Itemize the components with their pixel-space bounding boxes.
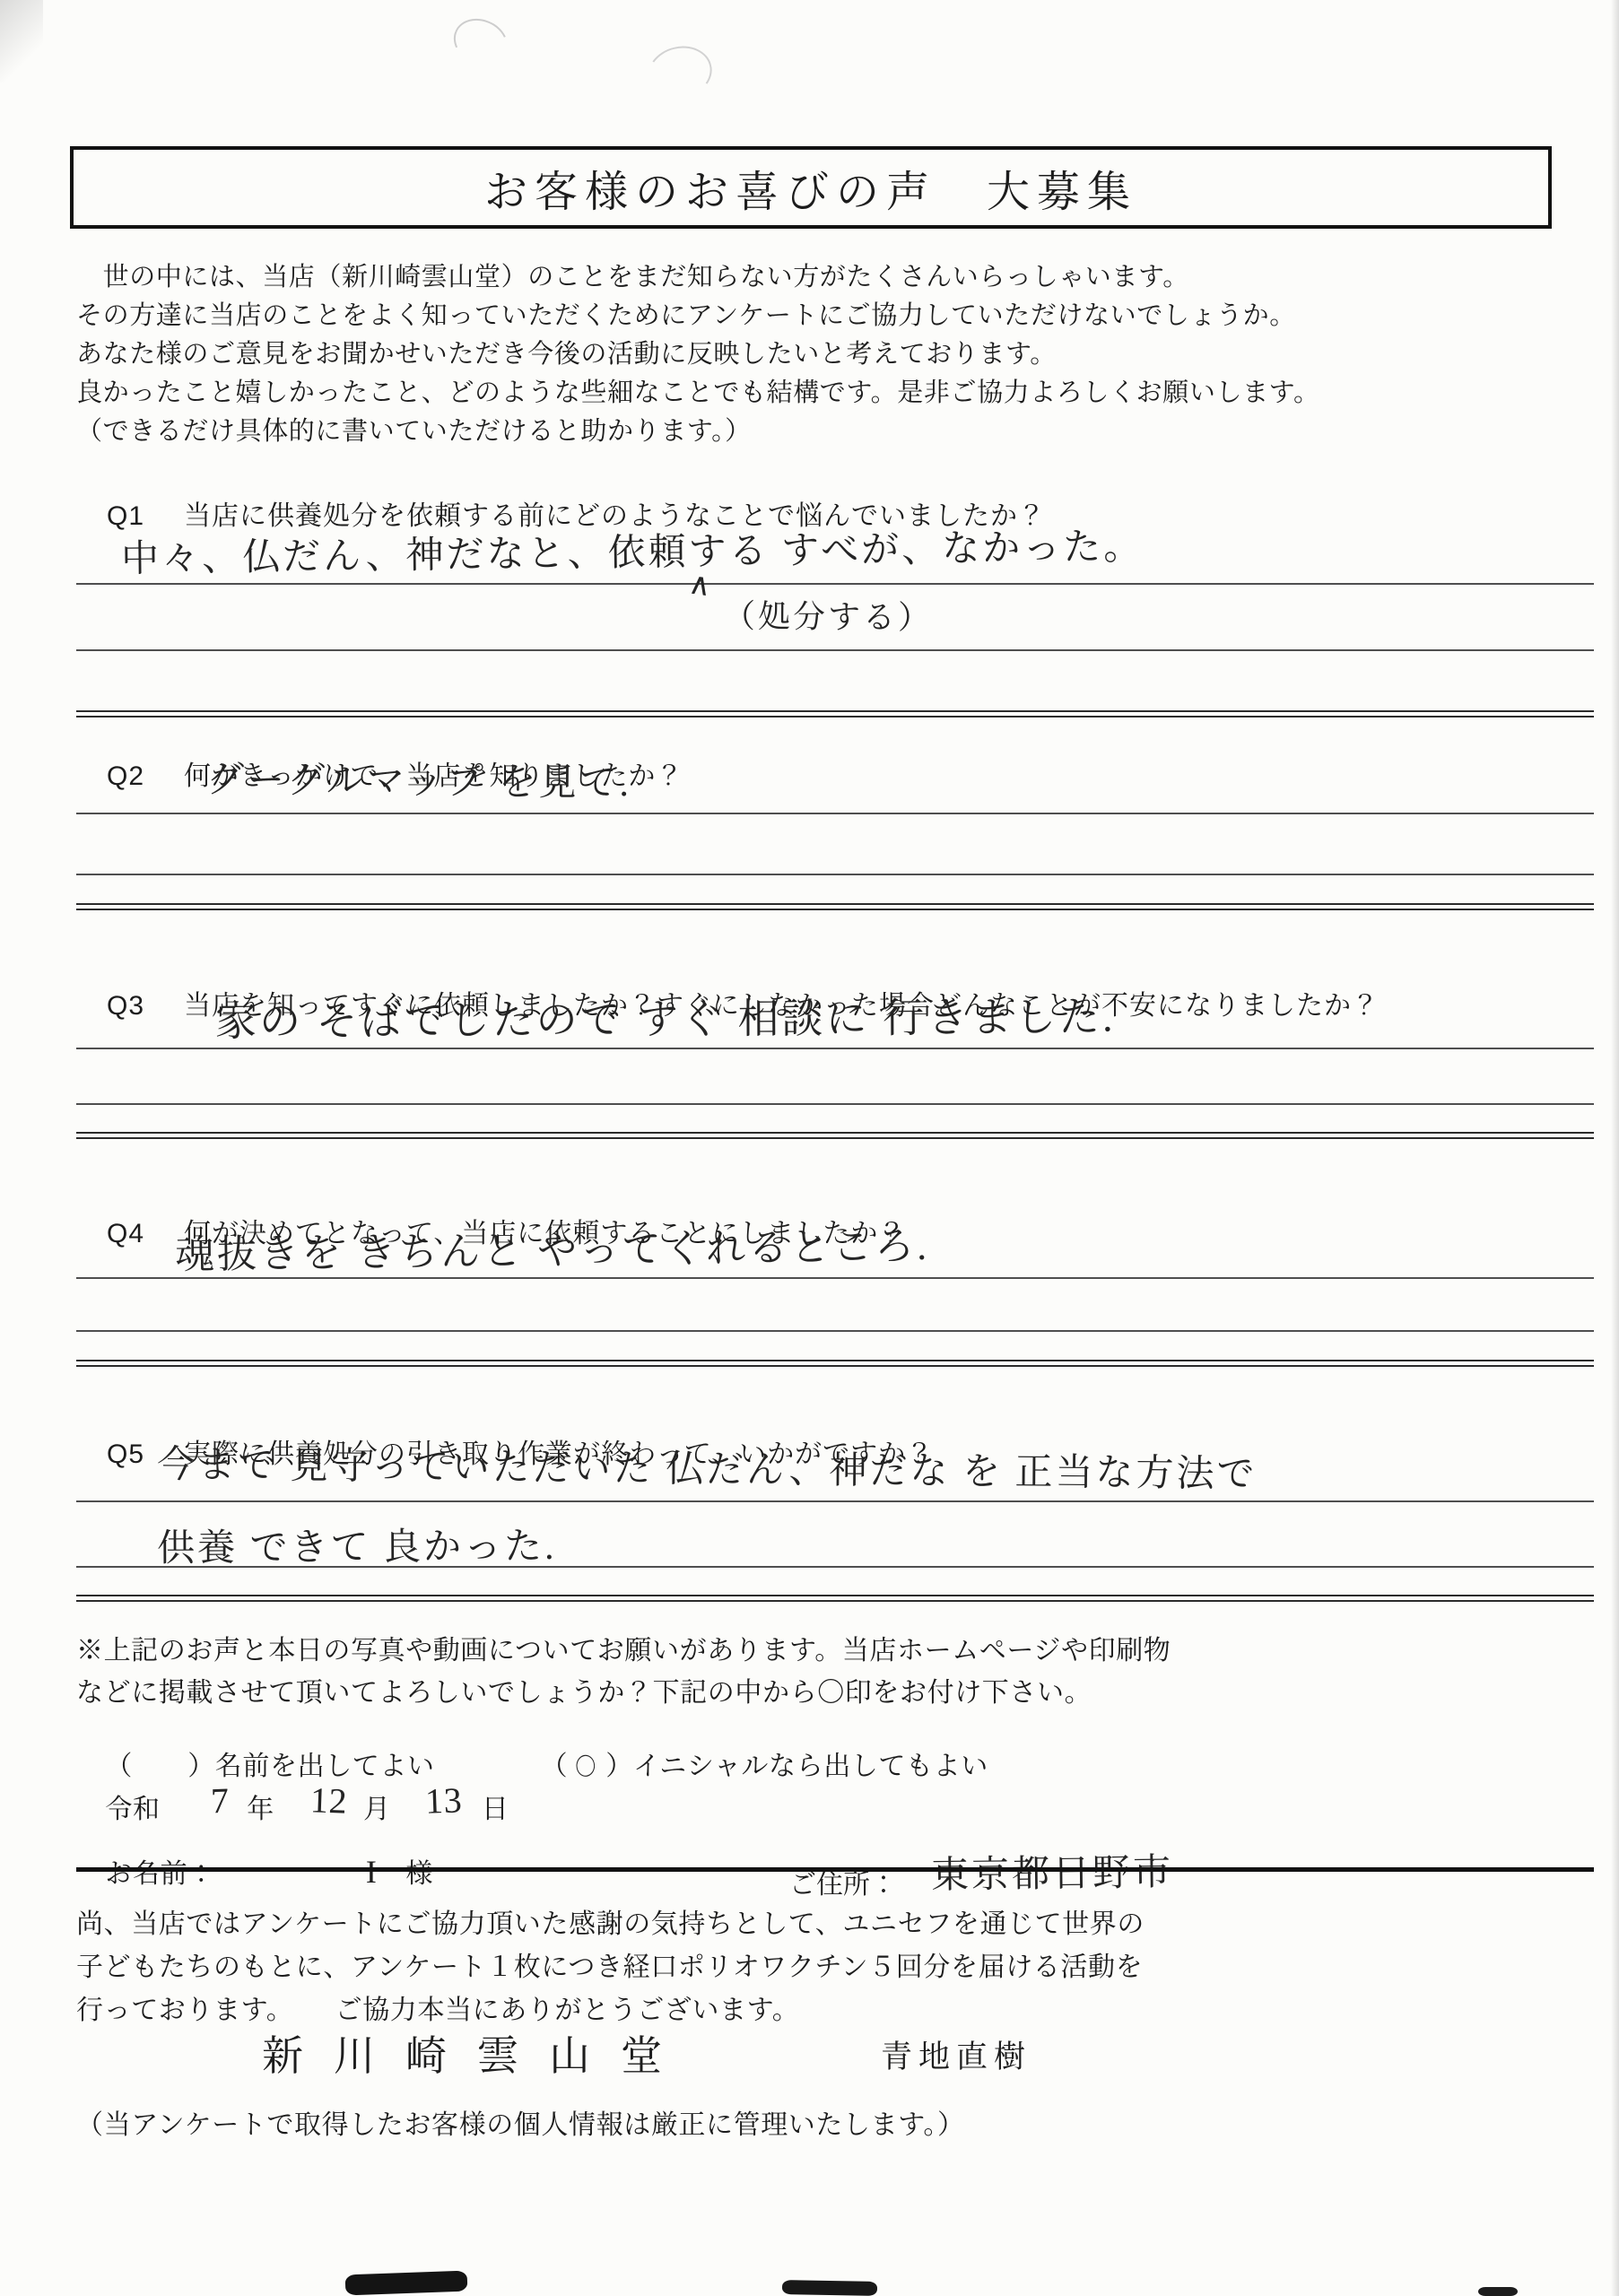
ruled-line-separator xyxy=(76,1132,1594,1139)
insertion-caret-mark: ∧ xyxy=(686,565,713,604)
name-row-underline xyxy=(76,1867,1594,1872)
scanned-survey-page: お客様のお喜びの声 大募集 世の中には、当店（新川崎雲山堂）のことをまだ知らない… xyxy=(0,0,1619,2296)
privacy-note: （当アンケートで取得したお客様の個人情報は厳正に管理いたします。） xyxy=(76,2102,965,2142)
q3-handwritten-answer: 家の そばでしたので すぐ 相談に 行きました. xyxy=(215,984,1116,1048)
scan-ink-blob-3 xyxy=(1478,2287,1518,2296)
title-box: お客様のお喜びの声 大募集 xyxy=(70,146,1552,229)
ruled-line xyxy=(76,1103,1594,1105)
ruled-line xyxy=(76,874,1594,875)
ruled-line xyxy=(76,813,1594,814)
date-month-handwritten: 12 xyxy=(309,1779,348,1822)
ruled-line-separator xyxy=(76,903,1594,910)
ruled-line xyxy=(76,1330,1594,1332)
honorific: 様 xyxy=(405,1859,433,1889)
q5-label: Q5 xyxy=(107,1439,144,1469)
intro-line-3: あなた様のご意見をお聞かせいただき今後の活動に反映したいと考えております。 xyxy=(76,334,1057,370)
intro-line-5: （できるだけ具体的に書いていただけると助かります。） xyxy=(76,411,752,448)
ruled-line xyxy=(76,649,1594,651)
scan-ink-blob-2 xyxy=(782,2280,877,2296)
intro-line-2: その方達に当店のことをよく知っていただくためにアンケートにご協力していただけない… xyxy=(76,295,1296,332)
signer-name: 青地直樹 xyxy=(881,2032,1031,2077)
scan-ink-blob-1 xyxy=(345,2271,468,2296)
q5-handwritten-answer-line2: 供養 できて 良かった. xyxy=(157,1517,557,1572)
scan-smudge-top-left xyxy=(0,0,43,83)
ruled-line-separator xyxy=(76,1595,1594,1602)
footer-line-3: 行っております。 ご協力本当にありがとうございます。 xyxy=(76,1987,799,2027)
date-day-unit: 日 xyxy=(482,1795,509,1824)
date-day-handwritten: 13 xyxy=(424,1779,463,1822)
consent-option-initial-rest: ）イニシャルなら出してもよい xyxy=(605,1752,988,1781)
ruled-line xyxy=(76,583,1594,585)
intro-line-1: 世の中には、当店（新川崎雲山堂）のことをまだ知らない方がたくさんいらっしゃいます… xyxy=(76,257,1189,293)
q2-handwritten-answer: グーグルマップ を見て. xyxy=(206,750,632,807)
shop-signature: 新川崎雲山堂 xyxy=(262,2023,692,2083)
intro-line-4: 良かったこと嬉しかったこと、どのような些細なことでも結構です。是非ご協力よろしく… xyxy=(76,372,1320,409)
consent-circle-mark: 〇 xyxy=(574,1746,599,1783)
footer-line-2: 子どもたちのもとに、アンケート１枚につき経口ポリオワクチン５回分を届ける活動を xyxy=(76,1944,1143,1984)
date-year-handwritten: 7 xyxy=(210,1779,230,1822)
ruled-line xyxy=(76,1566,1594,1568)
q4-handwritten-answer: 魂抜きを きちんと やってくれるところ. xyxy=(175,1213,930,1280)
scan-pencil-curl-2 xyxy=(642,39,718,106)
q3-label: Q3 xyxy=(107,991,144,1021)
consent-option-initial-open: （ xyxy=(541,1752,569,1781)
consent-note-line1: ※上記のお声と本日の写真や動画についてお願いがあります。当店ホームページや印刷物 xyxy=(76,1628,1171,1667)
q5-handwritten-answer-line1: 今まで 見守っていただいた 仏だん、神だな を 正当な方法で xyxy=(157,1435,1258,1499)
q1-handwritten-answer: 中々、仏だん、神だなと、依頼する すべが、なかった。 xyxy=(121,517,1145,583)
footer-line-1: 尚、当店ではアンケートにご協力頂いた感謝の気持ちとして、ユニセフを通じて世界の xyxy=(76,1901,1145,1941)
q2-label: Q2 xyxy=(107,761,144,791)
q1-handwritten-insertion: （処分する） xyxy=(723,591,933,639)
q1-label: Q1 xyxy=(107,501,144,531)
scan-edge-shadow xyxy=(1611,0,1619,2296)
customer-initial: I xyxy=(366,1854,378,1890)
consent-note-line2: などに掲載させて頂いてよろしいでしょうか？下記の中から〇印をお付け下さい。 xyxy=(76,1670,1092,1709)
ruled-line xyxy=(76,1277,1594,1279)
page-title: お客様のお喜びの声 大募集 xyxy=(484,157,1137,219)
ruled-line-separator xyxy=(76,1360,1594,1367)
scan-pencil-curl-1 xyxy=(447,11,516,74)
q4-label: Q4 xyxy=(107,1219,144,1248)
ruled-line xyxy=(76,1500,1594,1502)
address-label: ご住所： xyxy=(789,1870,897,1900)
name-label: お名前： xyxy=(105,1859,214,1889)
ruled-line xyxy=(76,1048,1594,1049)
ruled-line-separator xyxy=(76,710,1594,717)
